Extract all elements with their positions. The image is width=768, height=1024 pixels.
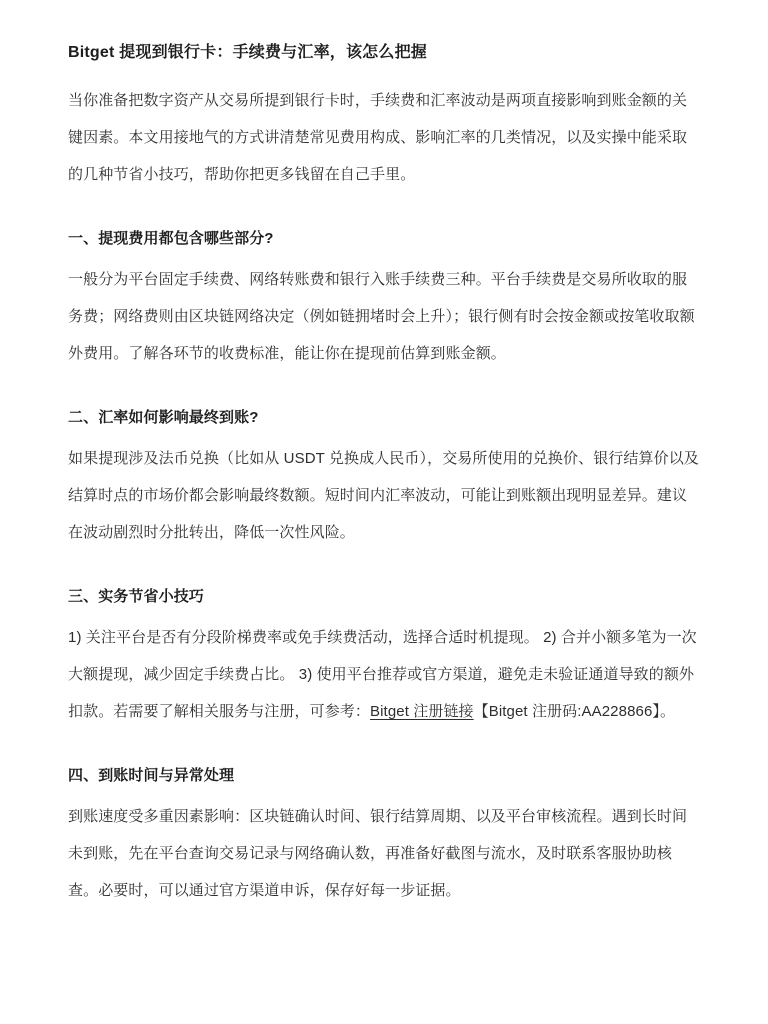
- section-4-heading: 四、到账时间与异常处理: [68, 764, 702, 788]
- section-2-heading: 二、汇率如何影响最终到账?: [68, 406, 702, 430]
- section-2-body: 如果提现涉及法币兑换（比如从 USDT 兑换成人民币），交易所使用的兑换价、银行…: [68, 440, 702, 551]
- section-1-body: 一般分为平台固定手续费、网络转账费和银行入账手续费三种。平台手续费是交易所收取的…: [68, 261, 702, 372]
- intro-paragraph: 当你准备把数字资产从交易所提到银行卡时，手续费和汇率波动是两项直接影响到账金额的…: [68, 82, 702, 193]
- section-3-heading: 三、实务节省小技巧: [68, 585, 702, 609]
- section-3-body-after-link: 【Bitget 注册码:AA228866】。: [474, 703, 675, 720]
- bitget-register-link[interactable]: Bitget 注册链接: [370, 703, 474, 720]
- section-3-body: 1) 关注平台是否有分段阶梯费率或免手续费活动，选择合适时机提现。 2) 合并小…: [68, 619, 702, 730]
- section-1-heading: 一、提现费用都包含哪些部分?: [68, 227, 702, 251]
- section-4-body: 到账速度受多重因素影响：区块链确认时间、银行结算周期、以及平台审核流程。遇到长时…: [68, 798, 702, 909]
- document-page: Bitget 提现到银行卡：手续费与汇率，该怎么把握 当你准备把数字资产从交易所…: [0, 0, 768, 1024]
- article-title: Bitget 提现到银行卡：手续费与汇率，该怎么把握: [68, 41, 702, 65]
